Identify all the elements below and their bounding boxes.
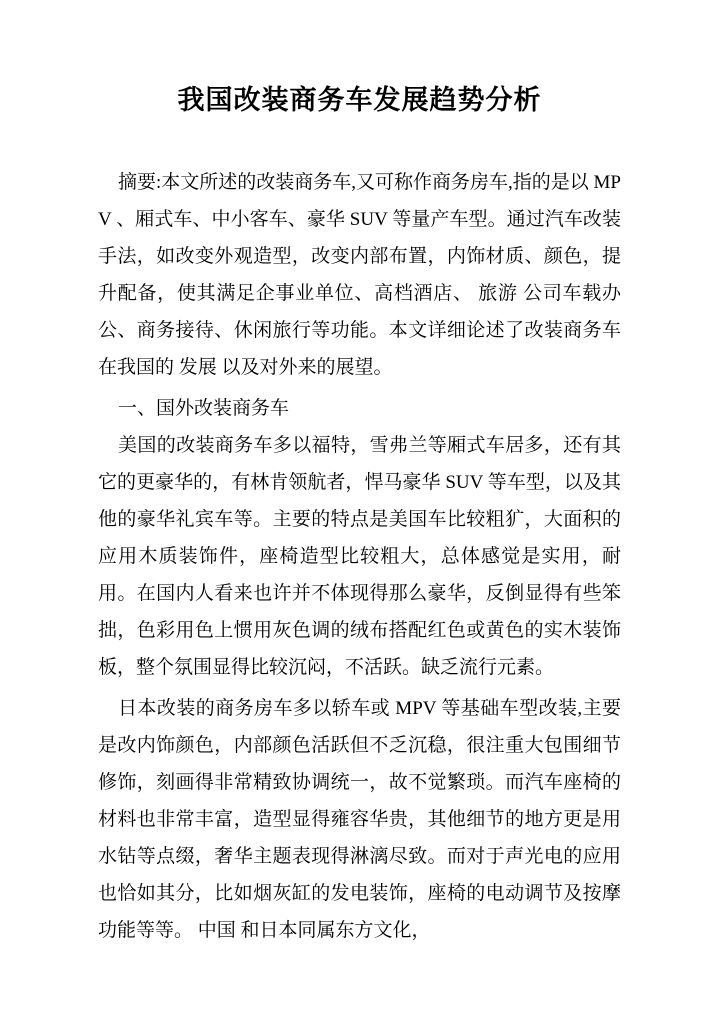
- usa-vehicles-paragraph: 美国的改装商务车多以福特，雪弗兰等厢式车居多，还有其它的更豪华的，有林肯领航者，…: [98, 427, 621, 686]
- document-page: 我国改装商务车发展趋势分析 摘要:本文所述的改装商务车,又可称作商务房车,指的是…: [0, 0, 721, 1020]
- abstract-paragraph: 摘要:本文所述的改装商务车,又可称作商务房车,指的是以 MPV 、厢式车、中小客…: [98, 164, 621, 386]
- document-title: 我国改装商务车发展趋势分析: [98, 84, 621, 116]
- section-heading: 一、国外改装商务车: [98, 390, 621, 427]
- japan-vehicles-paragraph: 日本改装的商务房车多以轿车或 MPV 等基础车型改装,主要是改内饰颜色，内部颜色…: [98, 690, 621, 949]
